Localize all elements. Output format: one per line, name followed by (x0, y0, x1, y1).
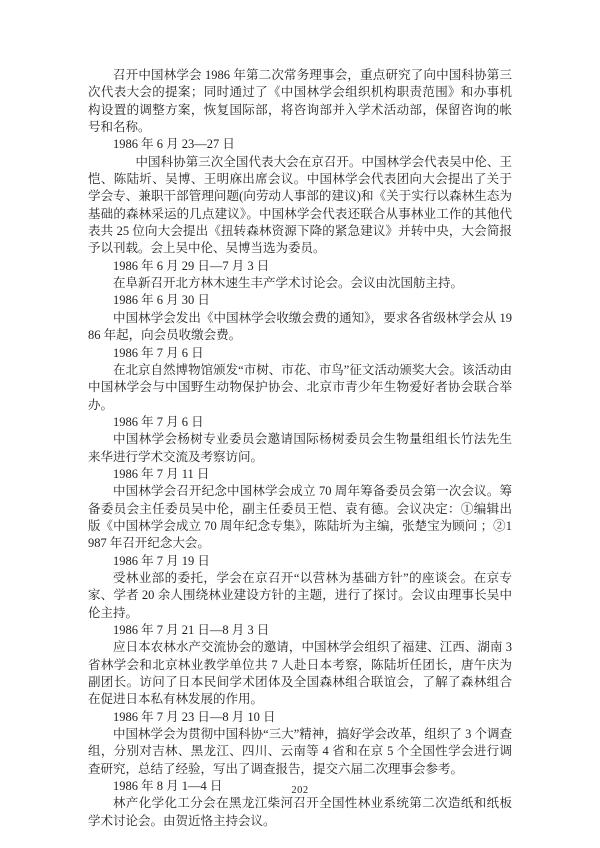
date-heading: 1986 年 7 月 21 日—8 月 3 日 (88, 622, 512, 639)
body-paragraph: 中国林学会召开纪念中国林学会成立 70 周年筹备委员会第一次会议。筹备委员会主任… (88, 483, 512, 552)
body-paragraph: 中国林学会为贯彻中国科协“三大”精神，搞好学会改革，组织了 3 个调查组，分别对… (88, 726, 512, 778)
date-heading: 1986 年 6 月 23—27 日 (88, 136, 512, 153)
date-heading: 1986 年 7 月 6 日 (88, 414, 512, 431)
body-paragraph: 召开中国林学会 1986 年第二次常务理事会，重点研究了向中国科协第三次代表大会… (88, 67, 512, 136)
body-paragraph: 在北京自然博物馆颁发“市树、市花、市鸟”征文活动颁奖大会。该活动由中国林学会与中… (88, 362, 512, 414)
date-heading: 1986 年 7 月 6 日 (88, 345, 512, 362)
body-paragraph: 受林业部的委托，学会在京召开“以营林为基础方针”的座谈会。在京专家、学者 20 … (88, 570, 512, 622)
body-paragraph: 中国科协第三次全国代表大会在京召开。中国林学会代表吴中伦、王恺、陈陆圻、吴博、王… (88, 154, 512, 258)
chronicle-text-block: 召开中国林学会 1986 年第二次常务理事会，重点研究了向中国科协第三次代表大会… (88, 67, 512, 830)
date-heading: 1986 年 7 月 23 日—8 月 10 日 (88, 709, 512, 726)
date-heading: 1986 年 7 月 11 日 (88, 466, 512, 483)
document-page: 召开中国林学会 1986 年第二次常务理事会，重点研究了向中国科协第三次代表大会… (0, 0, 600, 848)
body-paragraph: 在阜新召开北方林木速生丰产学术讨论会。会议由沈国舫主持。 (88, 275, 512, 292)
body-paragraph: 应日本农林水产交流协会的邀请，中国林学会组织了福建、江西、湖南 3 省林学会和北… (88, 639, 512, 708)
body-paragraph: 中国林学会杨树专业委员会邀请国际杨树委员会生物量组组长竹法先生来华进行学术交流及… (88, 431, 512, 466)
body-paragraph: 林产化学化工分会在黑龙江柴河召开全国性林业系统第二次造纸和纸板学术讨论会。由贺近… (88, 795, 512, 830)
date-heading: 1986 年 6 月 30 日 (88, 292, 512, 309)
date-heading: 1986 年 6 月 29 日—7 月 3 日 (88, 258, 512, 275)
page-number: 202 (0, 785, 600, 796)
body-paragraph: 中国林学会发出《中国林学会收缴会费的通知》，要求各省级林学会从 1986 年起，… (88, 310, 512, 345)
date-heading: 1986 年 7 月 19 日 (88, 553, 512, 570)
